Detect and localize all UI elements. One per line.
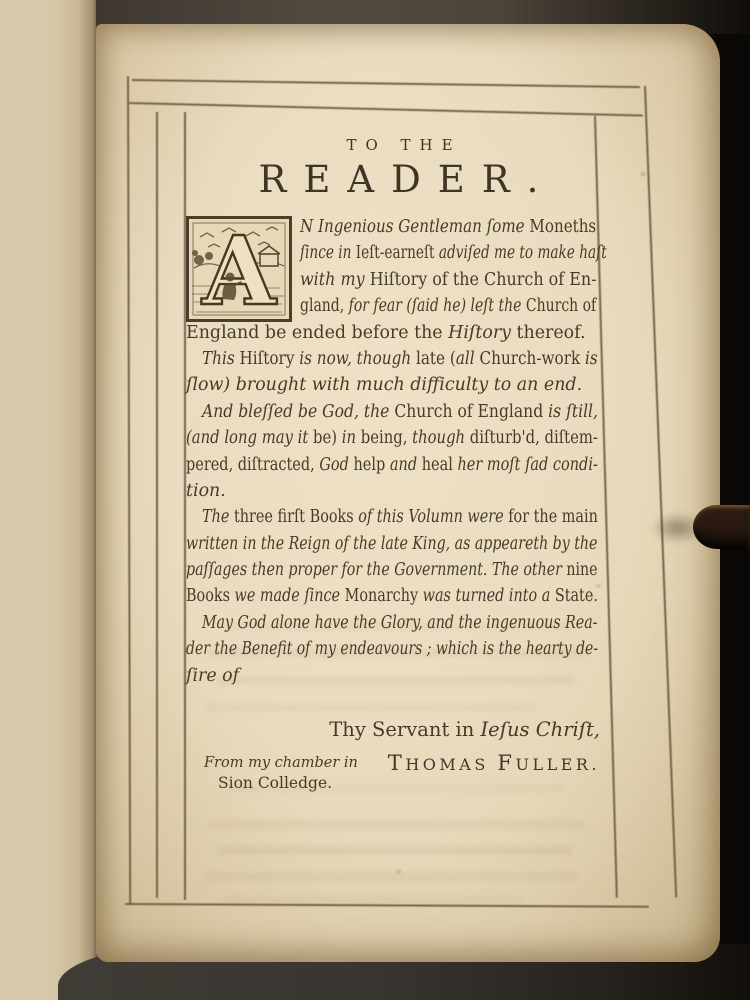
text-line: And bleſſed be God, the Church of Englan… bbox=[202, 399, 556, 425]
text-segment: N Ingenious Gentleman ſome bbox=[300, 217, 529, 237]
text-segment: May God alone have the Glory, and the in… bbox=[202, 613, 597, 633]
text-segment: This bbox=[202, 349, 239, 369]
text-segment: of this Volumn were bbox=[358, 507, 508, 527]
book-page: TO THE READER. A bbox=[96, 24, 720, 962]
page-title-small: TO THE bbox=[188, 136, 610, 154]
body-paragraph: The three firſt Books of this Volumn wer… bbox=[186, 504, 600, 610]
ruled-border-right-outer bbox=[644, 86, 677, 897]
body-paragraph: And bleſſed be God, the Church of Englan… bbox=[186, 399, 600, 505]
text-line: England be ended before the Hiſtory ther… bbox=[186, 320, 598, 346]
text-segment: was turned into a bbox=[423, 586, 555, 606]
text-segment: Hiſtory bbox=[448, 323, 516, 343]
paper-stain bbox=[641, 172, 645, 176]
text-segment: for the main bbox=[508, 507, 598, 527]
text-segment: gland, bbox=[300, 296, 349, 316]
text-segment: be) bbox=[313, 428, 342, 448]
text-segment: three firſt Books bbox=[234, 507, 358, 527]
text-segment: for fear (ſaid he) leſt the bbox=[349, 296, 526, 316]
text-segment: thereof. bbox=[517, 323, 586, 343]
text-segment: The bbox=[202, 507, 234, 527]
text-segment: and bbox=[390, 455, 422, 475]
text-segment: is bbox=[585, 349, 598, 369]
text-line: with my Hiſtory of the Church of En- bbox=[300, 267, 573, 293]
paper-stain bbox=[396, 869, 401, 874]
text-segment: Church of bbox=[526, 296, 596, 316]
signature-line: Thy Servant in Ieſus Chriſt, bbox=[186, 718, 610, 741]
text-segment: late ( bbox=[416, 349, 456, 369]
place-line-1: From my chamber in bbox=[204, 755, 358, 771]
text-segment: Thy Servant in bbox=[329, 718, 480, 741]
text-line: N Ingenious Gentleman ſome Moneths bbox=[300, 214, 559, 240]
text-segment: we made ſince bbox=[235, 586, 345, 606]
ruled-border-top-outer bbox=[132, 79, 640, 88]
body-paragraph: This Hiſtory is now, though late (all Ch… bbox=[186, 346, 600, 399]
text-segment: all bbox=[456, 349, 480, 369]
text-segment: help bbox=[353, 455, 389, 475]
text-segment: nine bbox=[566, 560, 597, 580]
text-segment: Ieſt-earneſt bbox=[356, 243, 439, 263]
ruled-border-left-inner-1 bbox=[156, 112, 158, 898]
text-segment: ULLER. bbox=[515, 755, 600, 774]
place-line-2: Sion Colledge. bbox=[218, 774, 358, 792]
text-segment: being, bbox=[361, 428, 412, 448]
body-paragraph: N Ingenious Gentleman ſome Monethsſince … bbox=[186, 214, 600, 346]
text-segment: paſſages then proper for the Government.… bbox=[186, 560, 566, 580]
text-segment: in bbox=[342, 428, 361, 448]
text-segment: God bbox=[319, 455, 353, 475]
text-segment: pered, diſtracted, bbox=[186, 455, 319, 475]
text-segment: der the Benefit of my endeavours ; which… bbox=[186, 639, 598, 659]
text-segment: diſturb'd, diſtem- bbox=[470, 428, 598, 448]
paper-stain bbox=[596, 584, 601, 588]
text-segment: Ieſus Chriſt, bbox=[480, 718, 600, 741]
text-segment: is now, though bbox=[299, 349, 416, 369]
text-segment: ſire of bbox=[186, 666, 239, 686]
text-segment: ſince in bbox=[300, 243, 356, 263]
text-line: pered, diſtracted, God help and heal her… bbox=[186, 452, 528, 478]
text-segment: her moſt ſad condi- bbox=[457, 455, 597, 475]
text-line: Books we made ſince Monarchy was turned … bbox=[186, 583, 526, 609]
text-line: ſince in Ieſt-earneſt adviſed me to make… bbox=[300, 240, 534, 266]
text-segment: (and long may it bbox=[186, 428, 313, 448]
text-segment: F bbox=[497, 751, 515, 775]
text-line: (and long may it be) in being, though di… bbox=[186, 425, 536, 451]
place-block: From my chamber in Sion Colledge. bbox=[204, 755, 358, 792]
ruled-border-left-outer bbox=[127, 76, 131, 904]
text-line: ſlow) brought with much difficulty to an… bbox=[186, 372, 598, 398]
ruled-border-top-inner bbox=[129, 102, 643, 116]
text-segment: Church of England bbox=[394, 402, 548, 422]
text-line: The three firſt Books of this Volumn wer… bbox=[202, 504, 529, 530]
text-line: ſire of bbox=[186, 663, 598, 689]
text-line: paſſages then proper for the Government.… bbox=[186, 557, 521, 583]
text-segment: Church-work bbox=[479, 349, 585, 369]
text-segment: State. bbox=[555, 586, 598, 606]
text-line: written in the Reign of the late King, a… bbox=[186, 531, 521, 557]
text-segment: written in the Reign of the late King, a… bbox=[186, 534, 597, 554]
text-segment: And bleſſed be God, the bbox=[202, 402, 394, 422]
text-line: This Hiſtory is now, though late (all Ch… bbox=[202, 346, 548, 372]
text-line: tion. bbox=[186, 478, 598, 504]
text-segment: England be ended before the bbox=[186, 323, 448, 343]
text-line: der the Benefit of my endeavours ; which… bbox=[186, 636, 516, 662]
text-segment: T bbox=[388, 751, 406, 775]
text-segment: Monarchy bbox=[345, 586, 423, 606]
text-line: May God alone have the Glory, and the in… bbox=[202, 610, 525, 636]
text-segment: Moneths bbox=[529, 217, 596, 237]
text-segment: adviſed me to make haſt bbox=[439, 243, 607, 263]
text-segment: is ſtill, bbox=[548, 402, 598, 422]
text-segment: Hiſtory of the Church of En- bbox=[370, 270, 597, 290]
text-segment: with my bbox=[300, 270, 370, 290]
text-segment: heal bbox=[422, 455, 458, 475]
text-segment: Hiſtory bbox=[239, 349, 299, 369]
text-segment: ſlow) brought with much difficulty to an… bbox=[186, 375, 582, 395]
text-line: gland, for fear (ſaid he) leſt the Churc… bbox=[300, 293, 540, 319]
facing-page-edge bbox=[0, 0, 100, 1000]
text-segment: tion. bbox=[186, 481, 226, 501]
page-title-large: READER. bbox=[186, 158, 614, 201]
book-photo: TO THE READER. A bbox=[0, 0, 750, 1000]
book-clasp bbox=[693, 505, 750, 549]
text-segment: though bbox=[412, 428, 470, 448]
body-paragraph: May God alone have the Glory, and the in… bbox=[186, 610, 600, 689]
text-segment: HOMAS bbox=[405, 755, 497, 774]
body-text: N Ingenious Gentleman ſome Monethsſince … bbox=[186, 214, 600, 689]
text-segment: Books bbox=[186, 586, 235, 606]
